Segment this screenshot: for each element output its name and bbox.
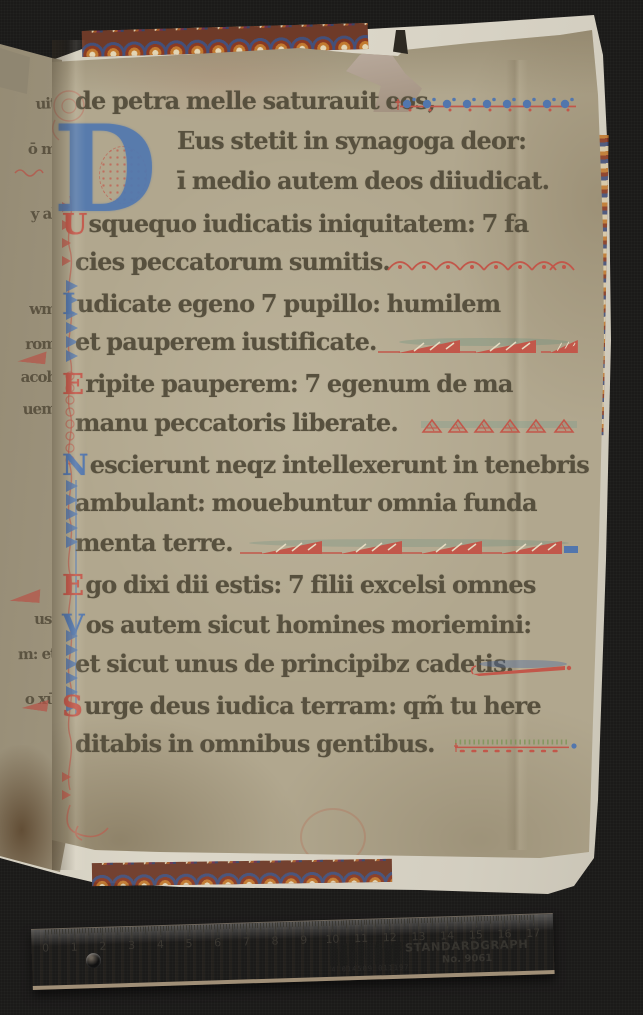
ruler-tick <box>65 929 66 934</box>
gutter-fragment: m: et <box>6 645 56 664</box>
line-text: escierunt neqz intellexerunt in tenebris <box>90 450 589 479</box>
ruler-tick <box>378 919 379 924</box>
line-filler-garland-blue-red <box>394 96 579 114</box>
photo-scene: uitō my alwmromacobuemus:m: eto xū <box>0 0 643 1015</box>
ruler-tick <box>237 924 238 929</box>
gutter-fragment: uit <box>6 94 57 114</box>
ruler-tick <box>372 920 373 925</box>
gutter-fragment: us: <box>6 610 56 628</box>
ruler-tick <box>369 920 370 925</box>
ruler-tick <box>206 925 207 930</box>
ruler-tick <box>297 922 298 927</box>
ruler-tick <box>257 923 258 928</box>
ruler-tick <box>447 917 448 928</box>
versal-initial: E <box>62 367 85 401</box>
line-filler-wave-red <box>384 257 579 273</box>
ruler-tick <box>530 915 531 920</box>
ruler-tick <box>335 921 336 926</box>
ruler-tick <box>504 916 505 927</box>
ruler-number: 4 <box>149 938 171 952</box>
line-text: ī medio autem deos diiudicat. <box>177 166 549 195</box>
text-line: de petra melle saturauit eos, <box>75 86 581 126</box>
ruler-tick <box>501 916 502 921</box>
ruler-number: 9 <box>293 933 315 947</box>
ruler-tick <box>137 927 138 932</box>
ruler-tick <box>143 927 144 932</box>
ruler-tick <box>120 927 121 932</box>
ruler-tick <box>71 929 72 934</box>
ruler-tick <box>515 915 516 920</box>
ruler-tick <box>186 925 187 930</box>
ruler-tick <box>145 926 146 934</box>
line-text: ripite pauperem: 7 egenum de ma <box>85 369 512 398</box>
ruler-tick <box>432 918 433 926</box>
text-line: Nescierunt neqz intellexerunt in tenebri… <box>75 448 581 488</box>
ruler-tick <box>533 915 534 926</box>
ruler-tick <box>395 919 396 924</box>
line-text: ditabis in omnibus gentibus. <box>75 729 435 758</box>
ruler-number: 6 <box>207 936 229 950</box>
line-text: urge deus iudica terram: qm̃ tu here <box>84 691 541 720</box>
text-line: et sicut unus de principibz cadetis. <box>75 649 581 689</box>
ruler-tick <box>406 918 407 923</box>
ruler-tick <box>458 917 459 922</box>
ruler-tick <box>277 922 278 927</box>
adjacent-page-corner <box>0 48 30 94</box>
ruler-tick <box>518 915 519 923</box>
ruler-tick <box>286 922 287 927</box>
line-text: udicate egeno 7 pupillo: humilem <box>77 289 501 318</box>
text-line: manu peccatoris liberate. <box>75 408 581 448</box>
ruler-tick <box>131 927 132 938</box>
gutter-red-squiggle <box>14 166 44 178</box>
ruler-tick <box>94 928 95 933</box>
ruler-tick <box>404 919 405 927</box>
ruler-tick <box>254 923 255 928</box>
ruler-number: 7 <box>235 935 257 949</box>
ruler-tick <box>111 928 112 933</box>
ruler-tick <box>183 925 184 930</box>
line-text: os autem sicut homines moriemini: <box>86 610 532 639</box>
ruler-tick <box>263 923 264 928</box>
ruler-tick <box>289 922 290 930</box>
ruler-tick <box>306 922 307 927</box>
ruler-tick <box>361 920 362 931</box>
ruler-tick <box>292 922 293 927</box>
ruler-tick <box>117 927 118 935</box>
ruler-tick <box>490 916 491 924</box>
ruler-tick <box>415 918 416 923</box>
ruler-number: 1 <box>63 940 85 954</box>
ruler-tick <box>82 928 83 933</box>
versal-initial: I <box>62 287 77 321</box>
ruler-tick <box>300 922 301 927</box>
ruler-tick <box>375 919 376 927</box>
ruler-tick <box>366 920 367 925</box>
ruler-tick <box>478 916 479 921</box>
ruler-tick <box>444 917 445 922</box>
ruler-tick <box>151 926 152 931</box>
line-text: squequo iudicatis iniquitatem: 7 fa <box>89 209 529 238</box>
ruler-tick <box>358 920 359 925</box>
ruler-tick <box>429 918 430 923</box>
ruler-tick <box>481 916 482 921</box>
ruler-tick <box>125 927 126 932</box>
line-filler-pennants-red-long <box>234 538 579 560</box>
ruler-tick <box>510 915 511 920</box>
ruler-tick <box>484 916 485 921</box>
ruler-tick <box>154 926 155 931</box>
ruler-tick <box>223 924 224 929</box>
versal-initial: U <box>62 207 89 241</box>
text-line: Eripite pauperem: 7 egenum de ma <box>75 367 581 407</box>
ruler-tick <box>521 915 522 920</box>
ruler-tick <box>229 924 230 929</box>
ruler-tick <box>421 918 422 923</box>
ruler-tick <box>54 929 55 934</box>
ruler-tick <box>148 926 149 931</box>
ruler-tick <box>355 920 356 925</box>
ruler-tick <box>114 927 115 932</box>
ruler-tick <box>527 915 528 920</box>
line-filler-pennant-small <box>467 659 579 677</box>
ruler-tick <box>427 918 428 923</box>
ruler-tick <box>338 921 339 926</box>
ruler-tick <box>214 924 215 929</box>
ruler-number: 8 <box>264 934 286 948</box>
text-block: de petra melle saturauit eos, Eus stetit… <box>75 86 581 769</box>
ruler-tick <box>398 919 399 924</box>
ruler-tick <box>226 924 227 929</box>
line-text: menta terre. <box>75 528 233 557</box>
ruler-tick <box>177 926 178 931</box>
ruler-tick <box>217 924 218 935</box>
ruler-tick <box>315 921 316 926</box>
ruler-tick <box>389 919 390 930</box>
ruler-tick <box>203 925 204 933</box>
text-line: et pauperem iustificate. <box>75 327 581 367</box>
ruler-tick <box>441 917 442 922</box>
ruler-tick <box>231 924 232 932</box>
ruler-tick <box>498 916 499 921</box>
ruler-tick <box>252 923 253 928</box>
ruler-tick <box>220 924 221 929</box>
ruler-tick <box>438 918 439 923</box>
ruler-tick <box>303 922 304 933</box>
ruler: 01234567891011121314151617 4 014509 0111… <box>31 913 555 990</box>
line-text: ambulant: mouebuntur omnia funda <box>75 488 537 517</box>
ruler-tick <box>266 923 267 928</box>
text-line: cies peccatorum sumitis. <box>75 247 581 287</box>
ruler-number: 3 <box>120 939 142 953</box>
ruler-tick <box>332 921 333 932</box>
gutter-fragment: uem <box>6 400 56 419</box>
ruler-number: 5 <box>178 937 200 951</box>
ruler-tick <box>51 929 52 934</box>
ruler-tick <box>352 920 353 925</box>
ruler-tick <box>524 915 525 920</box>
gutter-fragment: rom <box>6 335 56 354</box>
ruler-tick <box>464 917 465 922</box>
ruler-tick <box>91 928 92 933</box>
ruler-tick <box>191 925 192 930</box>
ruler-tick <box>128 927 129 932</box>
gutter-fragment: y al <box>6 205 56 224</box>
text-line: menta terre. <box>75 528 581 568</box>
ruler-tick <box>79 928 80 933</box>
ruler-tick <box>283 922 284 927</box>
ruler-tick <box>507 915 508 920</box>
ruler-tick <box>108 928 109 933</box>
ruler-tick <box>102 928 103 939</box>
versal-initial: E <box>62 568 85 602</box>
ruler-hole <box>86 953 101 968</box>
ruler-tick <box>209 925 210 930</box>
ruler-tick <box>275 923 276 934</box>
versal-initial: S <box>62 689 84 723</box>
ruler-tick <box>48 929 49 934</box>
ruler-tick <box>487 916 488 921</box>
line-filler-triangles-red <box>419 418 579 434</box>
line-filler-garland-green-red <box>451 739 579 755</box>
ruler-tick <box>418 918 419 929</box>
ruler-tick <box>200 925 201 930</box>
ruler-tick <box>188 925 189 936</box>
ruler-tick <box>165 926 166 931</box>
text-line: Surge deus iudica terram: qm̃ tu here <box>75 689 581 729</box>
ruler-tick <box>493 916 494 921</box>
ruler-tick <box>56 929 57 934</box>
ruler-tick <box>140 927 141 932</box>
ruler-tick <box>97 928 98 933</box>
line-text: et sicut unus de principibz cadetis. <box>75 649 513 678</box>
text-line: ambulant: mouebuntur omnia funda <box>75 488 581 528</box>
ruler-tick <box>349 920 350 925</box>
ruler-tick <box>85 928 86 933</box>
ruler-tick <box>234 924 235 929</box>
ruler-tick <box>163 926 164 931</box>
text-line: Vos autem sicut homines moriemini: <box>75 608 581 648</box>
ruler-tick <box>470 917 471 922</box>
line-text: Eus stetit in synagoga deor: <box>177 126 526 155</box>
text-line: ditabis in omnibus gentibus. <box>75 729 581 769</box>
ruler-tick <box>467 917 468 922</box>
ruler-tick <box>424 918 425 923</box>
ruler-number: 0 <box>34 941 56 955</box>
ruler-tick <box>343 920 344 925</box>
ruler-tick <box>77 929 78 934</box>
text-line: ī medio autem deos diiudicat. <box>75 166 581 206</box>
ruler-tick <box>475 916 476 927</box>
ruler-tick <box>412 918 413 923</box>
gutter-pennant <box>10 587 41 603</box>
ruler-tick <box>100 928 101 933</box>
ruler-tick <box>449 917 450 922</box>
ruler-tick <box>340 921 341 926</box>
ruler-tick <box>180 925 181 930</box>
line-text: manu peccatoris liberate. <box>75 408 398 437</box>
ruler-tick <box>194 925 195 930</box>
ruler-tick <box>384 919 385 924</box>
ruler-tick <box>513 915 514 920</box>
line-text: et pauperem iustificate. <box>75 327 377 356</box>
line-text: de petra melle saturauit eos, <box>75 86 435 115</box>
text-line: Ego dixi dii estis: 7 filii excelsi omne… <box>75 568 581 608</box>
line-text: go dixi dii estis: 7 filii excelsi omnes <box>85 570 535 599</box>
ruler-tick <box>326 921 327 926</box>
ruler-tick <box>318 921 319 929</box>
ruler-tick <box>392 919 393 924</box>
ruler-tick <box>260 923 261 931</box>
text-line: Iudicate egeno 7 pupillo: humilem <box>75 287 581 327</box>
ruler-tick <box>409 918 410 923</box>
ruler-tick <box>174 926 175 934</box>
text-line: Eus stetit in synagoga deor: <box>75 126 581 166</box>
ruler-tick <box>249 923 250 928</box>
versal-initial: V <box>62 608 86 642</box>
ruler-tick <box>197 925 198 930</box>
marbled-edge-bottom <box>92 859 392 886</box>
ruler-tick <box>401 919 402 924</box>
versal-initial: N <box>62 448 90 482</box>
ruler-tick <box>171 926 172 931</box>
ruler-tick <box>309 921 310 926</box>
ruler-tick <box>320 921 321 926</box>
ruler-tick <box>243 923 244 928</box>
ruler-tick <box>386 919 387 924</box>
ruler-tick <box>435 918 436 923</box>
ruler-tick <box>157 926 158 931</box>
ruler-tick <box>455 917 456 922</box>
ruler-tick <box>74 929 75 940</box>
ruler-tick <box>329 921 330 926</box>
ruler-tick <box>134 927 135 932</box>
ruler-tick <box>88 928 89 936</box>
ruler-tick <box>68 929 69 934</box>
ruler-tick <box>168 926 169 931</box>
ruler-tick <box>381 919 382 924</box>
line-filler-pennants-red <box>374 337 579 357</box>
ruler-tick <box>269 923 270 928</box>
ruler-tick <box>105 928 106 933</box>
ruler-tick <box>452 917 453 922</box>
ruler-tick <box>160 926 161 937</box>
ruler-tick <box>346 920 347 928</box>
ruler-tick <box>211 924 212 929</box>
ruler-tick <box>280 922 281 927</box>
gutter-fragment: ō m <box>6 140 56 158</box>
ruler-tick <box>272 923 273 928</box>
gutter-fragment: wm <box>6 300 56 318</box>
gutter-fragment: acob <box>6 368 56 386</box>
ruler-tick <box>246 923 247 934</box>
ruler-tick <box>59 929 60 937</box>
ruler-tick <box>240 924 241 929</box>
ruler-tick <box>461 917 462 925</box>
ruler-number: 2 <box>92 939 114 953</box>
ruler-tick <box>295 922 296 927</box>
ruler-tick <box>472 916 473 921</box>
ruler-tick <box>323 921 324 926</box>
ruler-tick <box>363 920 364 925</box>
text-line: Usquequo iudicatis iniquitatem: 7 fa <box>75 207 581 247</box>
line-text: cies peccatorum sumitis. <box>75 247 390 276</box>
ruler-tick <box>122 927 123 932</box>
ruler-tick <box>495 916 496 921</box>
ruler-tick <box>312 921 313 926</box>
ruler-tick <box>62 929 63 934</box>
ruler-tick <box>45 930 46 941</box>
